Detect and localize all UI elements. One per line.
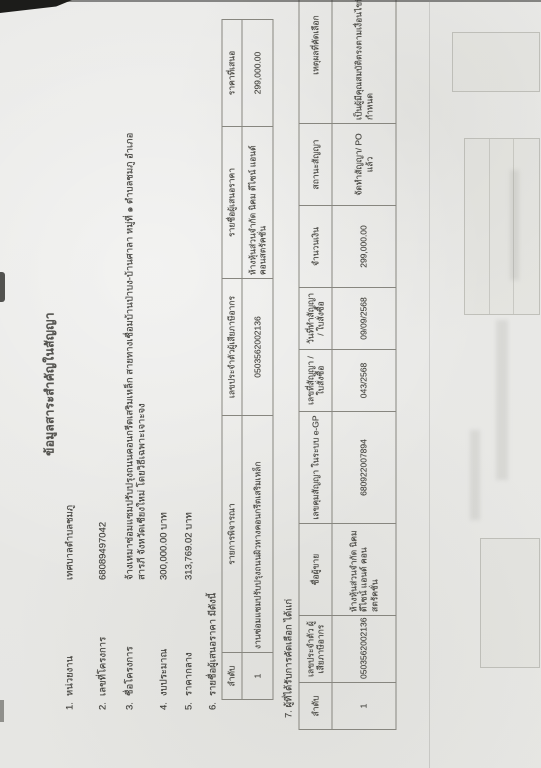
field-bidders-heading: 6. รายชื่อผู้เสนอราคา มีดังนี้ xyxy=(207,580,219,710)
bidders-table-header-row: ลำดับ รายการพิจารณา เลขประจำตัวผู้เสียภา… xyxy=(222,20,242,700)
field-number: 2. xyxy=(97,696,109,710)
cell-seq: 1 xyxy=(242,653,273,700)
col-header-bidder: รายชื่อผู้เสนอราคา xyxy=(222,127,242,279)
cell-bidder: ห้างหุ้นส่วนจำกัด นิคม ดีไซน์ แอนด์ คอนส… xyxy=(242,127,273,279)
document-title: ข้อมูลสาระสำคัญในสัญญา xyxy=(40,0,59,768)
bidders-table: ลำดับ รายการพิจารณา เลขประจำตัวผู้เสียภา… xyxy=(221,19,273,700)
field-number: 4. xyxy=(158,696,170,710)
field-number: 1. xyxy=(64,696,76,710)
col-header-tax-id: เลขประจำตัว ผู้เสียภาษีอากร xyxy=(299,616,332,683)
field-label: ราคากลาง xyxy=(183,580,195,696)
col-header-item: รายการพิจารณา xyxy=(222,416,242,653)
col-header-seq: ลำดับ xyxy=(299,683,332,730)
field-number: 5. xyxy=(183,696,195,710)
field-label: รายชื่อผู้เสนอราคา มีดังนี้ xyxy=(207,580,219,696)
section7-heading: 7. ผู้ที่ได้รับการคัดเลือก ได้แก่ xyxy=(281,599,296,718)
field-label: หน่วยงาน xyxy=(64,580,76,696)
bleed-through-line xyxy=(489,139,490,314)
col-header-egp-number: เลขคุมสัญญา ในระบบ e-GP xyxy=(299,412,332,524)
cell-status: จัดทำสัญญา/ PO แล้ว xyxy=(332,124,396,206)
document-content-rotated: ข้อมูลสาระสำคัญในสัญญา 1. หน่วยงาน เทศบา… xyxy=(0,0,541,768)
field-agency: 1. หน่วยงาน เทศบาลตำบลชมภู xyxy=(64,505,76,710)
field-value: เทศบาลตำบลชมภู xyxy=(64,505,76,580)
bleed-through-smudge xyxy=(510,170,519,280)
field-reference-price: 5. ราคากลาง 313,769.02 บาท xyxy=(183,512,195,710)
field-number: 6. xyxy=(207,696,219,710)
bleed-through-box xyxy=(452,32,540,92)
field-project-number: 2. เลขที่โครงการ 68089497042 xyxy=(97,522,109,710)
col-header-contract-no: เลขที่สัญญา / ใบสั่งซื้อ xyxy=(299,350,332,412)
field-label: เลขที่โครงการ xyxy=(97,580,109,696)
winner-table: ลำดับ เลขประจำตัว ผู้เสียภาษีอากร ชื่อผู… xyxy=(298,0,396,730)
col-header-seq: ลำดับ xyxy=(222,653,242,700)
scan-edge-strip xyxy=(0,0,541,2)
cell-seq: 1 xyxy=(332,683,396,730)
field-value: จ้างเหมาซ่อมแซมปรับปรุงถนนคอนกรีตเสริมเห… xyxy=(124,120,148,580)
cell-tax-id: 0503562002136 xyxy=(242,279,273,416)
field-project-name: 3. ชื่อโครงการ จ้างเหมาซ่อมแซมปรับปรุงถน… xyxy=(124,120,148,710)
bleed-through-smudge xyxy=(496,320,508,480)
col-header-status: สถานะสัญญา xyxy=(299,124,332,206)
field-label: ชื่อโครงการ xyxy=(124,580,148,696)
winner-table-header-row: ลำดับ เลขประจำตัว ผู้เสียภาษีอากร ชื่อผู… xyxy=(299,0,332,730)
cell-amount: 299,000.00 xyxy=(332,206,396,288)
scan-edge-mark xyxy=(0,700,4,722)
col-header-amount: จำนวนเงิน xyxy=(299,206,332,288)
cell-contract-no: 043/2568 xyxy=(332,350,396,412)
field-value: 68089497042 xyxy=(97,522,109,580)
cell-contract-date: 09/09/2568 xyxy=(332,288,396,350)
page-fold-line xyxy=(429,0,430,768)
bleed-through-box xyxy=(480,538,540,668)
scanned-document-page: { "colors": { "paper": "#e9e9e7", "ink":… xyxy=(0,0,541,768)
bleed-through-table xyxy=(464,138,540,315)
field-label: งบประมาณ xyxy=(158,580,170,696)
cell-reason: เป็นผู้มีคุณสมบัติตรงตามเงื่อนไขที่กำหนด xyxy=(332,0,396,124)
cell-price: 299,000.00 xyxy=(242,20,273,127)
field-number: 3. xyxy=(124,696,148,710)
col-header-tax-id: เลขประจำตัวผู้เสียภาษีอากร xyxy=(222,279,242,416)
bleed-through-smudge xyxy=(470,430,480,520)
cell-vendor: ห้างหุ้นส่วนจำกัด นิคม ดีไซน์ แอนด์ คอนส… xyxy=(332,524,396,616)
field-value: 313,769.02 บาท xyxy=(183,512,195,580)
cell-egp-number: 680922007894 xyxy=(332,412,396,524)
field-budget: 4. งบประมาณ 300,000.00 บาท xyxy=(158,512,170,710)
cell-tax-id: 0503562002136 xyxy=(332,616,396,683)
col-header-contract-date: วันที่ทำสัญญา / ใบสั่งซื้อ xyxy=(299,288,332,350)
cell-item: งานซ่อมแซมปรับปรุงถนนผิวทางคอนกรีตเสริมเ… xyxy=(242,416,273,653)
scan-edge-mark xyxy=(0,272,5,302)
col-header-vendor: ชื่อผู้ขาย xyxy=(299,524,332,616)
col-header-reason: เหตุผลที่คัดเลือก xyxy=(299,0,332,124)
col-header-price: ราคาที่เสนอ xyxy=(222,20,242,127)
bidders-table-row: 1 งานซ่อมแซมปรับปรุงถนนผิวทางคอนกรีตเสริ… xyxy=(242,20,273,700)
field-value: 300,000.00 บาท xyxy=(158,512,170,580)
winner-table-row: 1 0503562002136 ห้างหุ้นส่วนจำกัด นิคม ด… xyxy=(332,0,396,730)
